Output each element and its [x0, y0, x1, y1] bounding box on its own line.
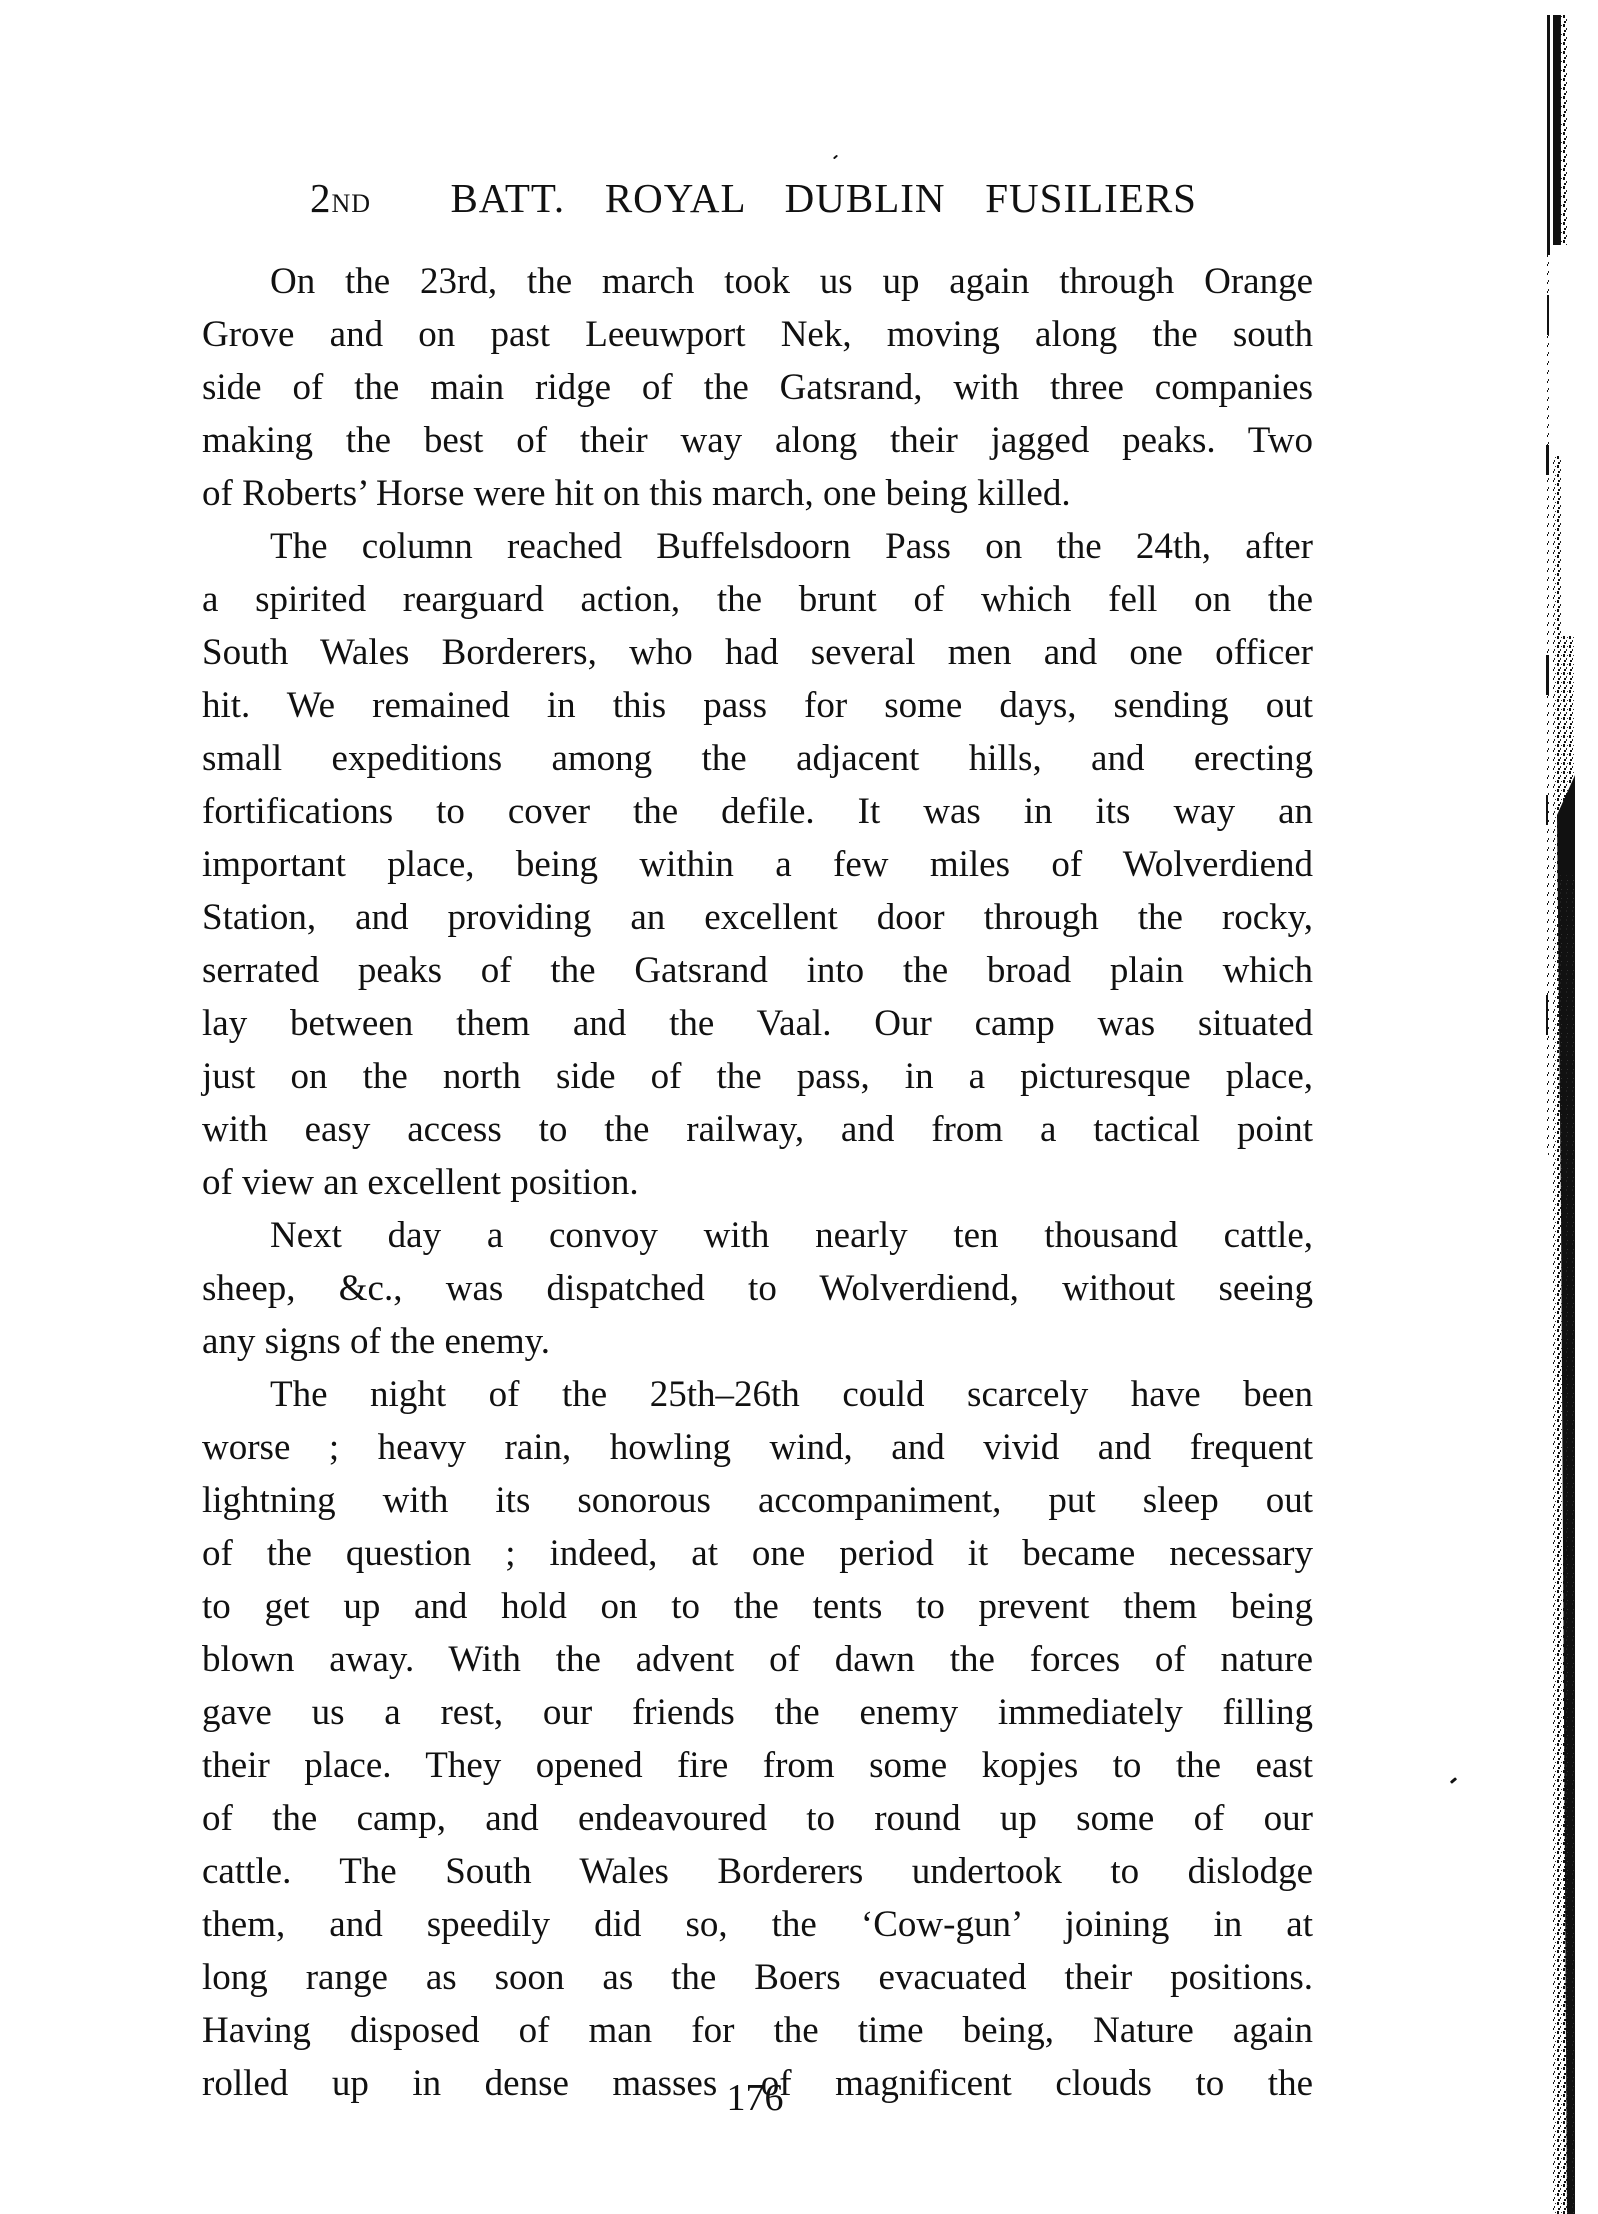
text-line: blown away. With the advent of dawn the …	[202, 1640, 1313, 1693]
text-line: worse ; heavy rain, howling wind, and vi…	[202, 1428, 1313, 1481]
running-head-number: 2	[310, 175, 332, 221]
scan-binding-edge	[1545, 15, 1579, 2214]
text-line: gave us a rest, our friends the enemy im…	[202, 1693, 1313, 1746]
body-text: On the 23rd, the march took us up again …	[202, 262, 1313, 2117]
paragraph: On the 23rd, the march took us up again …	[202, 262, 1313, 527]
text-line: of view an excellent position.	[202, 1163, 1313, 1216]
text-line: their place. They opened fire from some …	[202, 1746, 1313, 1799]
text-line: making the best of their way along their…	[202, 421, 1313, 474]
running-head: 2ND BATT. ROYAL DUBLIN FUSILIERS	[310, 176, 1197, 220]
text-line: just on the north side of the pass, in a…	[202, 1057, 1313, 1110]
text-line: South Wales Borderers, who had several m…	[202, 633, 1313, 686]
text-line: with easy access to the railway, and fro…	[202, 1110, 1313, 1163]
text-line: Grove and on past Leeuwport Nek, moving …	[202, 315, 1313, 368]
text-line: On the 23rd, the march took us up again …	[202, 262, 1313, 315]
text-line: small expeditions among the adjacent hil…	[202, 739, 1313, 792]
text-line: Having disposed of man for the time bein…	[202, 2011, 1313, 2064]
text-line: long range as soon as the Boers evacuate…	[202, 1958, 1313, 2011]
text-line: Next day a convoy with nearly ten thousa…	[202, 1216, 1313, 1269]
text-line: cattle. The South Wales Borderers undert…	[202, 1852, 1313, 1905]
text-line: important place, being within a few mile…	[202, 845, 1313, 898]
text-line: any signs of the enemy.	[202, 1322, 1313, 1375]
text-line: side of the main ridge of the Gatsrand, …	[202, 368, 1313, 421]
text-line: lay between them and the Vaal. Our camp …	[202, 1004, 1313, 1057]
text-line: to get up and hold on to the tents to pr…	[202, 1587, 1313, 1640]
text-line: of Roberts’ Horse were hit on this march…	[202, 474, 1313, 527]
text-line: them, and speedily did so, the ‘Cow-gun’…	[202, 1905, 1313, 1958]
paragraph: The night of the 25th–26th could scarcel…	[202, 1375, 1313, 2117]
text-line: of the question ; indeed, at one period …	[202, 1534, 1313, 1587]
text-line: of the camp, and endeavoured to round up…	[202, 1799, 1313, 1852]
running-head-title: BATT. ROYAL DUBLIN FUSILIERS	[450, 175, 1197, 221]
text-line: fortifications to cover the defile. It w…	[202, 792, 1313, 845]
text-line: Station, and providing an excellent door…	[202, 898, 1313, 951]
paragraph: The column reached Buffelsdoorn Pass on …	[202, 527, 1313, 1216]
text-line: lightning with its sonorous accompanimen…	[202, 1481, 1313, 1534]
text-line: sheep, &c., was dispatched to Wolverdien…	[202, 1269, 1313, 1322]
paragraph: Next day a convoy with nearly ten thousa…	[202, 1216, 1313, 1375]
scan-speck	[1450, 1777, 1457, 1784]
page-number: 176	[700, 2078, 810, 2118]
text-line: hit. We remained in this pass for some d…	[202, 686, 1313, 739]
text-line: a spirited rearguard action, the brunt o…	[202, 580, 1313, 633]
text-line: serrated peaks of the Gatsrand into the …	[202, 951, 1313, 1004]
text-line: The column reached Buffelsdoorn Pass on …	[202, 527, 1313, 580]
running-head-ordinal-suffix: ND	[332, 189, 372, 218]
text-line: The night of the 25th–26th could scarcel…	[202, 1375, 1313, 1428]
scan-speck	[833, 155, 838, 160]
book-page: 2ND BATT. ROYAL DUBLIN FUSILIERS On the …	[0, 0, 1598, 2214]
